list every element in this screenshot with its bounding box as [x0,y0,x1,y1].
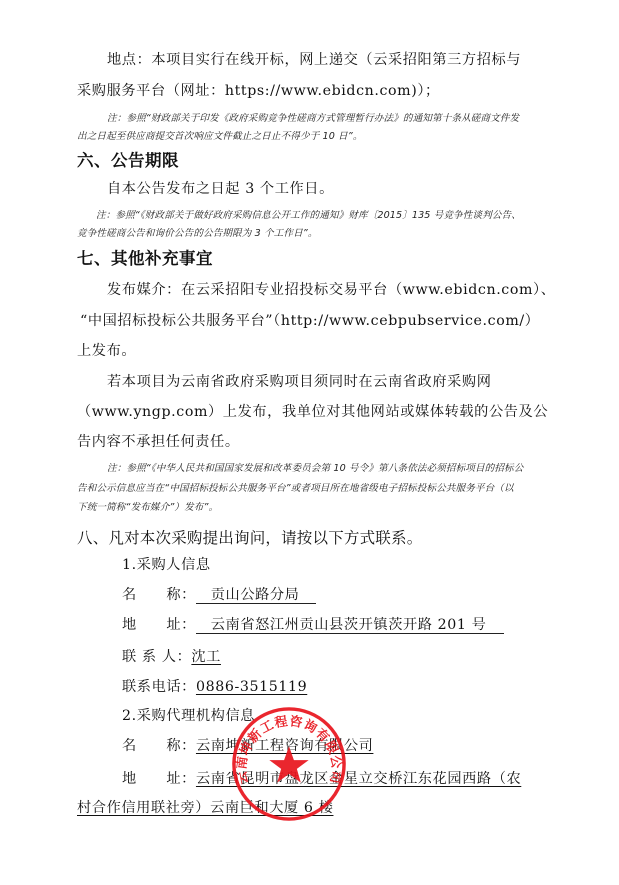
purchaser-title: 1.采购人信息 [122,558,211,572]
agency-title: 2.采购代理机构信息 [122,709,255,723]
section-6-note-1: 注：参照“《财政部关于做好政府采购信息公开工作的通知》财库〔2015〕135 号… [96,211,521,221]
agency-name-label: 名 称： [122,739,196,753]
section-7-note-3: 下统一简称“发布媒介”）发布”。 [77,503,218,513]
agency-address-value-1: 云南省昆明市盘龙区金星立交桥江东花园西路（农 [196,771,521,787]
section-7-p1-line-3: 上发布。 [77,344,136,358]
section-7-p2-line-2: （www.yngp.com）上发布，我单位对其他网站或媒体转载的公告及公 [77,405,548,419]
agency-address-label: 地 址： [122,772,196,786]
purchaser-phone-row: 联系电话：0886-3515119 [122,680,307,694]
section-8-heading: 八、凡对本次采购提出询问，请按以下方式联系。 [77,531,422,547]
purchaser-name-value: 贡山公路分局 [196,588,316,604]
section-7-heading: 七、其他补充事宜 [77,251,213,268]
agency-address-value-2: 村合作信用联社旁）云南巨和大厦 6 楼 [77,801,333,815]
section-7-note-1: 注：参照“《中华人民共和国国家发展和改革委员会第 10 号令》第八条依法必须招标… [107,464,523,474]
purchaser-contact-label: 联 系 人： [122,650,191,664]
section-7-p2-line-3: 告内容不承担任何责任。 [77,435,240,449]
purchaser-phone-value: 0886-3515119 [196,679,307,695]
purchaser-name-label: 名 称： [122,588,196,602]
location-line-1: 地点：本项目实行在线开标，网上递交（云采招阳第三方招标与 [107,53,521,67]
section-6-heading: 六、公告期限 [77,153,179,170]
purchaser-name-row: 名 称： 贡山公路分局 [122,588,316,604]
location-note-2: 出之日起至供应商提交首次响应文件截止之日止不得少于 10 日”。 [77,132,363,142]
section-6-text: 自本公告发布之日起 3 个工作日。 [107,182,334,196]
agency-address-row: 地 址：云南省昆明市盘龙区金星立交桥江东花园西路（农 [122,772,521,786]
agency-name-row: 名 称：云南坤新工程咨询有限公司 [122,739,373,753]
purchaser-contact-value: 沈工 [191,649,221,665]
purchaser-address-value: 云南省怒江州贡山县茨开镇茨开路 201 号 [196,618,504,634]
section-7-p1-line-2: “中国招标投标公共服务平台”（http://www.cebpubservice.… [80,314,540,328]
location-line-2: 采购服务平台（网址：https://www.ebidcn.com)）； [77,84,440,98]
purchaser-address-row: 地 址： 云南省怒江州贡山县茨开镇茨开路 201 号 [122,618,504,634]
section-6-note-2: 竞争性磋商公告和询价公告的公告期限为 3 个工作日”。 [77,229,318,239]
location-note-1: 注：参照“财政部关于印发《政府采购竞争性磋商方式管理暂行办法》的通知第十条从磋商… [107,114,519,124]
purchaser-address-label: 地 址： [122,618,196,632]
purchaser-phone-label: 联系电话： [122,680,196,694]
agency-name-value: 云南坤新工程咨询有限公司 [196,738,373,754]
section-7-p1-line-1: 发布媒介：在云采招阳专业招投标交易平台（www.ebidcn.com）、 [107,283,556,297]
section-7-note-2: 告和公示信息应当在“中国招标投标公共服务平台”或者项目所在地省级电子招标投标公共… [77,484,514,494]
purchaser-contact-row: 联 系 人：沈工 [122,650,221,664]
section-7-p2-line-1: 若本项目为云南省政府采购项目须同时在云南省政府采购网 [107,375,491,389]
